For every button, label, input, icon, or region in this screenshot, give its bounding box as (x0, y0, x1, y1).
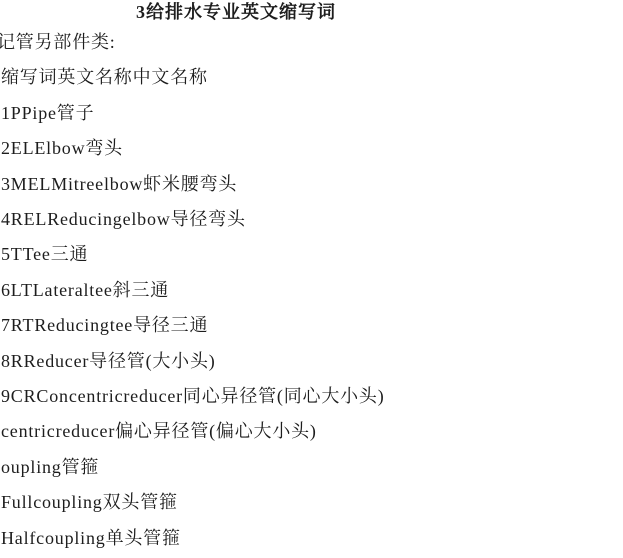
text-line-5: 3MELMitreelbow虾米腰弯头 (1, 167, 472, 202)
text-line-8: 6LTLateraltee斜三通 (1, 273, 472, 308)
document-body: 记管另部件类:缩写词英文名称中文名称1PPipe管子2ELElbow弯头3MEL… (0, 25, 472, 556)
text-line-1: 记管另部件类: (0, 25, 472, 60)
text-line-12: centricreducer偏心异径管(偏心大小头) (1, 414, 472, 449)
text-line-9: 7RTReducingtee导径三通 (1, 308, 472, 343)
document-title: 3给排水专业英文缩写词 (0, 0, 472, 25)
text-line-2: 缩写词英文名称中文名称 (1, 60, 472, 95)
text-line-11: 9CRConcentricreducer同心异径管(同心大小头) (1, 379, 472, 414)
text-line-7: 5TTee三通 (1, 237, 472, 272)
document-page: 3给排水专业英文缩写词 记管另部件类:缩写词英文名称中文名称1PPipe管子2E… (0, 0, 472, 556)
text-line-6: 4RELReducingelbow导径弯头 (1, 202, 472, 237)
text-line-10: 8RReducer导径管(大小头) (1, 344, 472, 379)
text-line-3: 1PPipe管子 (1, 96, 472, 131)
text-line-13: oupling管箍 (1, 450, 472, 485)
text-line-15: Halfcoupling单头管箍 (1, 521, 472, 556)
text-line-4: 2ELElbow弯头 (1, 131, 472, 166)
text-line-14: Fullcoupling双头管箍 (1, 485, 472, 520)
